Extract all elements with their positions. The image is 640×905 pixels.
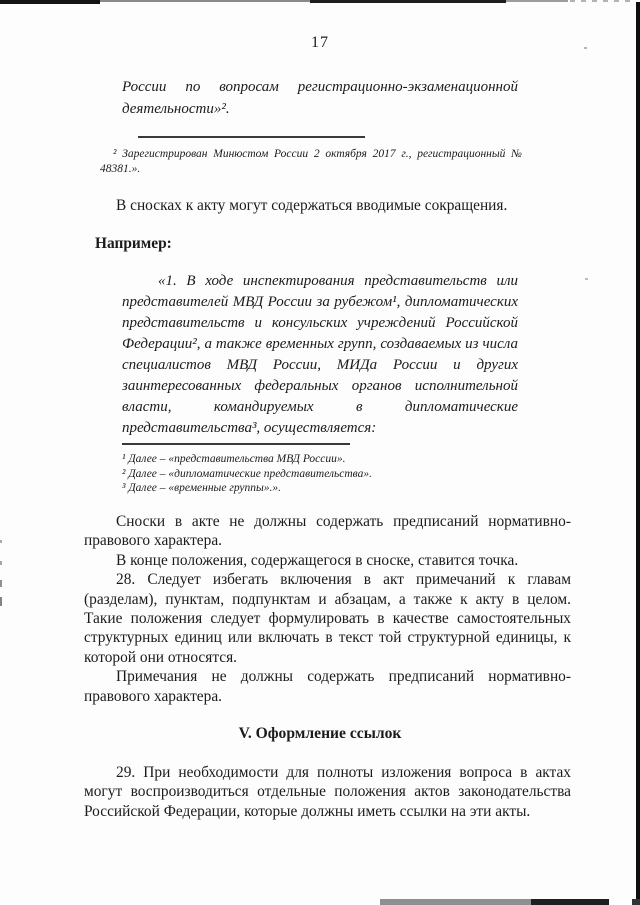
footnote-item: ² Далее – «дипломатические представитель… [122, 467, 522, 482]
document-page: 17 России по вопросам регистрационно-экз… [0, 0, 640, 905]
footnote-item: ¹ Далее – «представительства МВД России»… [122, 452, 522, 467]
paragraph-item-28: 28. Следует избегать включения в акт при… [84, 570, 571, 667]
scan-artifact-top-edge [100, 0, 310, 2]
scan-artifact-top-edge [0, 0, 100, 4]
footnote-text: ² Зарегистрирован Минюстом России 2 октя… [100, 147, 522, 176]
scan-artifact-right-edge [636, 2, 640, 905]
footnote-item: ³ Далее – «временные группы».». [122, 481, 522, 496]
footnote-list: ¹ Далее – «представительства МВД России»… [122, 452, 522, 496]
body-text: Сноски в акте не должны содержать предпи… [84, 512, 571, 706]
quote-continuation: России по вопросам регистрационно-экзаме… [122, 76, 518, 120]
scan-artifact-left-dash [0, 540, 2, 543]
paragraph-footnote-abbreviations: В сносках к акту могут содержаться вводи… [84, 196, 571, 216]
footnote-rule [138, 136, 365, 138]
paragraph-item-29: 29. При необходимости для полноты изложе… [84, 763, 571, 821]
example-label: Например: [95, 235, 172, 253]
section-heading: V. Оформление ссылок [0, 725, 640, 743]
paragraph-footnote-rule-1: Сноски в акте не должны содержать предпи… [84, 512, 571, 551]
page-number: 17 [0, 34, 640, 52]
scan-artifact-left-dash [0, 597, 2, 606]
scan-speck [585, 278, 588, 280]
scan-artifact-top-edge [310, 0, 506, 3]
scan-artifact-top-edge [506, 0, 568, 2]
scan-artifact-left-dash [0, 580, 2, 587]
scan-artifact-left-dash [0, 561, 2, 565]
paragraph-notes: Примечания не должны содержать предписан… [84, 667, 571, 706]
footnote-rule [122, 443, 350, 445]
paragraph-footnote-rule-2: В конце положения, содержащегося в сноск… [84, 551, 571, 570]
example-quote: «1. В ходе инспектирования представитель… [122, 271, 518, 439]
scan-artifact-top-dots [570, 0, 634, 2]
scan-artifact-bottom-edge [380, 899, 640, 905]
